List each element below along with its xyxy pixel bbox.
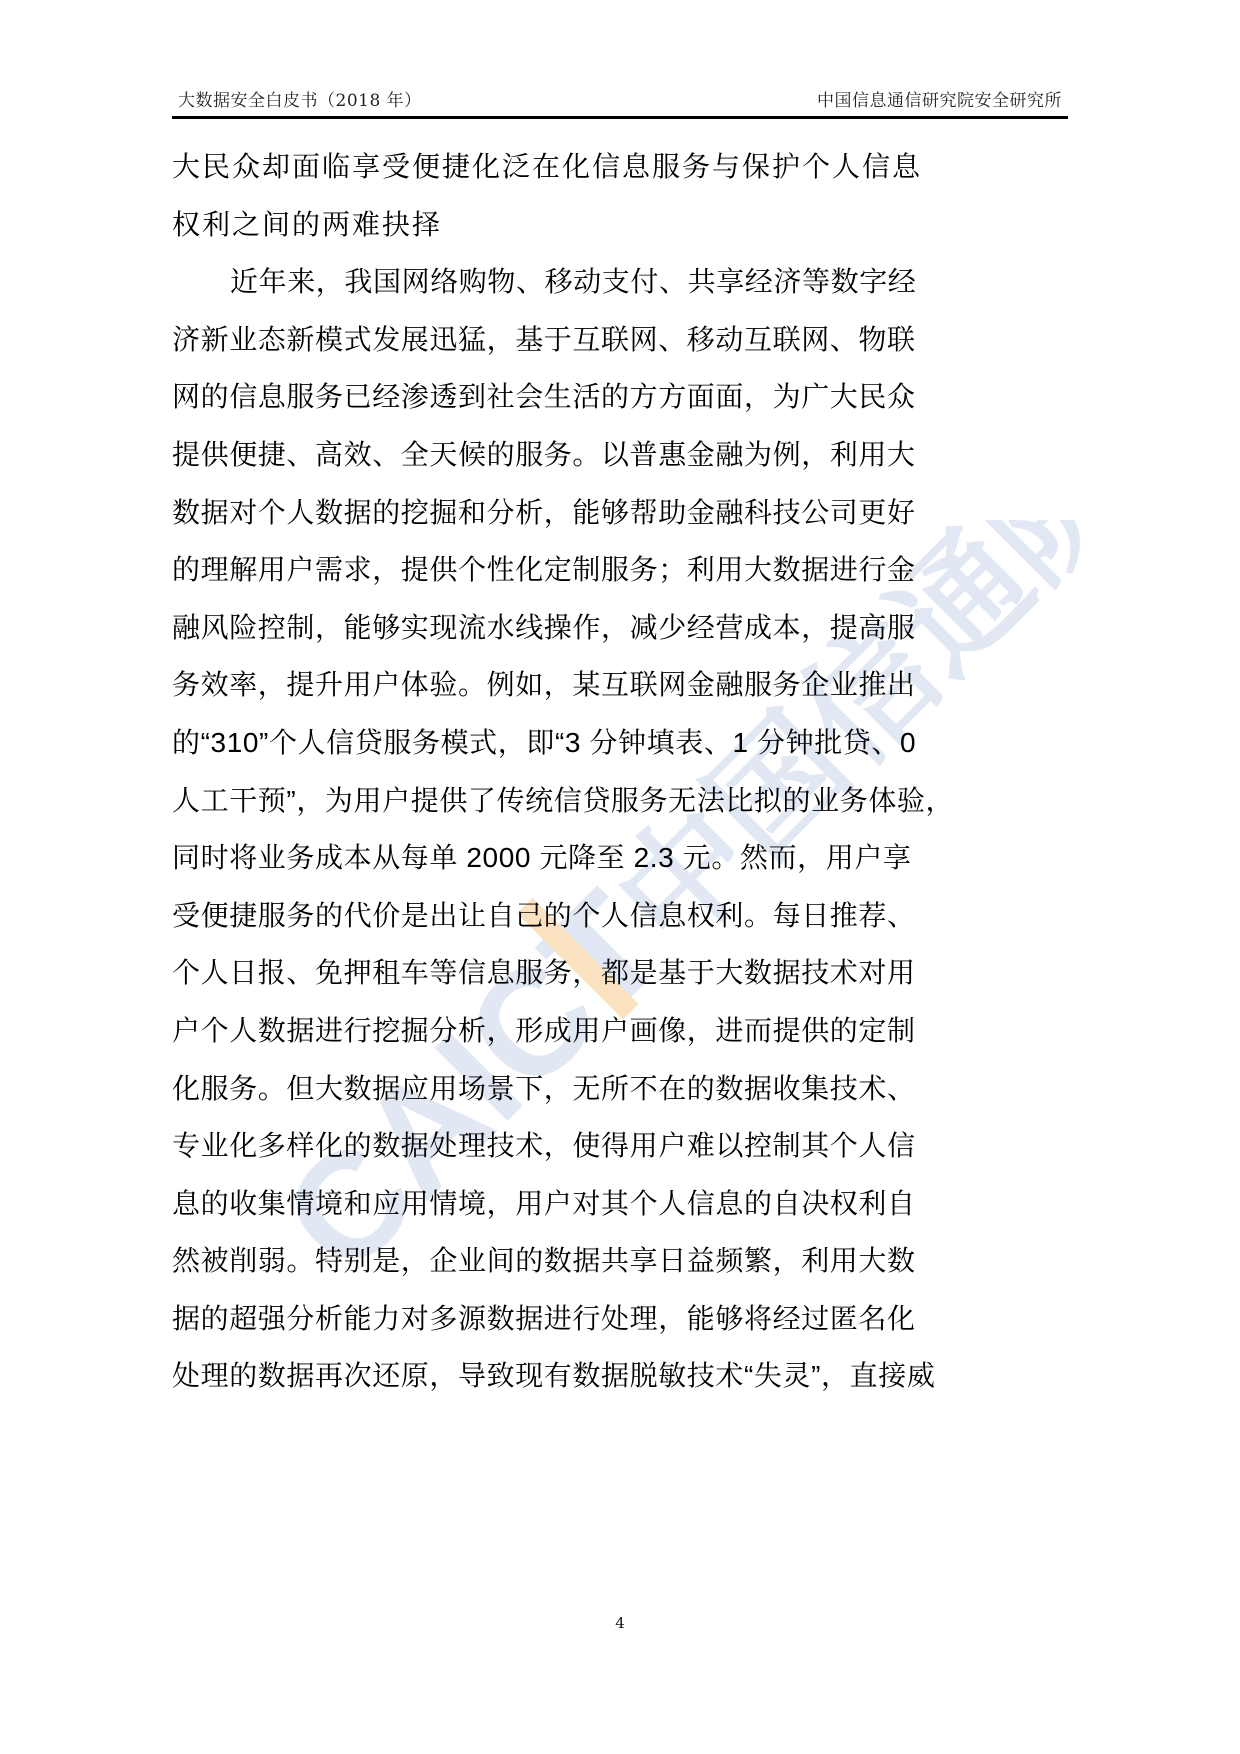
paragraph-line: 个人日报、免押租车等信息服务，都是基于大数据技术对用: [172, 944, 1068, 1002]
paragraph-line: 数据对个人数据的挖掘和分析，能够帮助金融科技公司更好: [172, 484, 1068, 542]
document-title: 大数据安全白皮书（2018 年）: [178, 86, 422, 111]
paragraph-line: 然被削弱。特别是，企业间的数据共享日益频繁，利用大数: [172, 1232, 1068, 1290]
paragraph-line: 据的超强分析能力对多源数据进行处理，能够将经过匿名化: [172, 1290, 1068, 1348]
paragraph-line: 务效率，提升用户体验。例如，某互联网金融服务企业推出: [172, 656, 1068, 714]
paragraph-line: 近年来，我国网络购物、移动支付、共享经济等数字经: [172, 253, 1068, 311]
section-title-line-1: 大民众却面临享受便捷化泛在化信息服务与保护个人信息: [172, 138, 1068, 196]
paragraph-line: 的理解用户需求，提供个性化定制服务；利用大数据进行金: [172, 541, 1068, 599]
paragraph-line: 受便捷服务的代价是出让自己的个人信息权利。每日推荐、: [172, 887, 1068, 945]
paragraph-line: 济新业态新模式发展迅猛，基于互联网、移动互联网、物联: [172, 311, 1068, 369]
paragraph-line: 融风险控制，能够实现流水线操作，减少经营成本，提高服: [172, 599, 1068, 657]
paragraph-line: 息的收集情境和应用情境，用户对其个人信息的自决权利自: [172, 1175, 1068, 1233]
paragraph-line: 化服务。但大数据应用场景下，无所不在的数据收集技术、: [172, 1060, 1068, 1118]
paragraph-line: 人工干预”，为用户提供了传统信贷服务无法比拟的业务体验，: [172, 772, 1068, 830]
paragraph-line: 网的信息服务已经渗透到社会生活的方方面面，为广大民众: [172, 368, 1068, 426]
paragraph-line: 同时将业务成本从每单 2000 元降至 2.3 元。然而，用户享: [172, 829, 1068, 887]
organization-name: 中国信息通信研究院安全研究所: [817, 86, 1062, 111]
section-title-line-2: 权利之间的两难抉择: [172, 196, 1068, 254]
page-header: 大数据安全白皮书（2018 年） 中国信息通信研究院安全研究所: [172, 82, 1068, 119]
body-text: 大民众却面临享受便捷化泛在化信息服务与保护个人信息 权利之间的两难抉择 近年来，…: [172, 138, 1068, 1405]
paragraph-line: 提供便捷、高效、全天候的服务。以普惠金融为例，利用大: [172, 426, 1068, 484]
paragraph-line: 专业化多样化的数据处理技术，使得用户难以控制其个人信: [172, 1117, 1068, 1175]
paragraph-line: 的“310”个人信贷服务模式，即“3 分钟填表、1 分钟批贷、0: [172, 714, 1068, 772]
paragraph-line: 处理的数据再次还原，导致现有数据脱敏技术“失灵”，直接威: [172, 1347, 1068, 1405]
paragraph-line: 户个人数据进行挖掘分析，形成用户画像，进而提供的定制: [172, 1002, 1068, 1060]
page-number: 4: [0, 1614, 1240, 1632]
